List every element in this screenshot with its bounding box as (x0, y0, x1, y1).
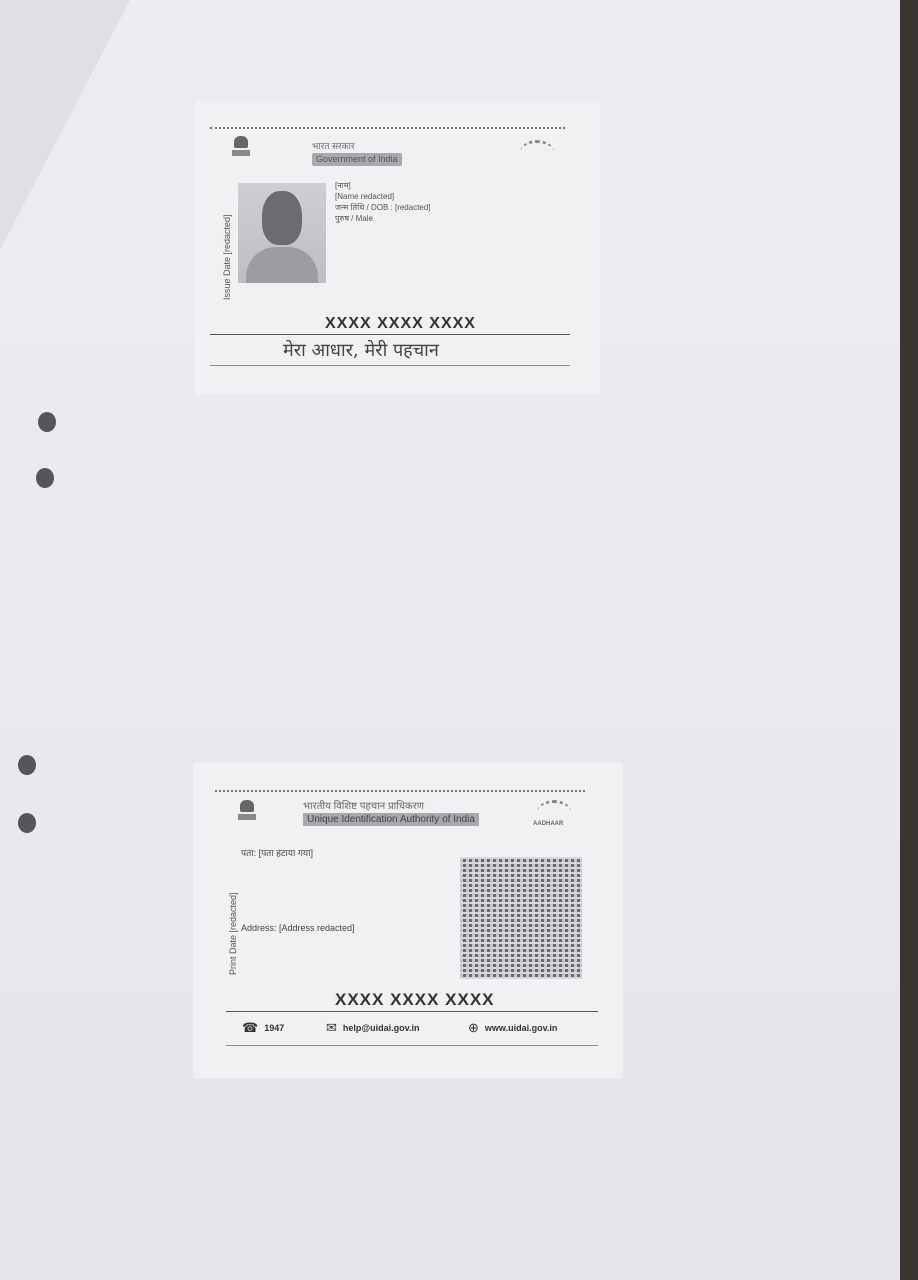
tagline: मेरा आधार, मेरी पहचान (283, 338, 439, 362)
issue-date-label: Issue Date [redacted] (222, 214, 232, 300)
national-emblem-icon (238, 800, 256, 826)
paper-sheet: भारत सरकार Government of India Issue Dat… (0, 0, 900, 1280)
divider (226, 1011, 598, 1012)
punch-hole (38, 412, 56, 432)
punch-hole (36, 468, 54, 488)
id-number-front: XXXX XXXX XXXX (325, 315, 476, 333)
id-number-back: XXXX XXXX XXXX (335, 990, 495, 1010)
front-header: भारत सरकार Government of India (312, 140, 402, 166)
folded-page-corner (0, 0, 130, 250)
aadhaar-logo-text: AADHAAR (533, 818, 563, 831)
footer-phone: ☎ 1947 (242, 1020, 284, 1036)
holder-photo-placeholder (238, 183, 326, 283)
back-header: भारतीय विशिष्ट पहचान प्राधिकरण Unique Id… (303, 800, 479, 826)
holder-details: [नाम] [Name redacted] जन्म तिथि / DOB : … (335, 180, 431, 224)
divider (226, 1045, 598, 1046)
divider (210, 365, 570, 366)
punch-hole (18, 813, 36, 833)
divider (210, 334, 570, 335)
footer-website: ⊕ www.uidai.gov.in (468, 1020, 557, 1036)
globe-icon: ⊕ (468, 1020, 479, 1036)
address-hindi: पता: [पता हटाया गया] (241, 847, 441, 860)
punch-hole (18, 755, 36, 775)
cut-line (215, 790, 585, 792)
print-date-label: Print Date [redacted] (228, 892, 238, 975)
mail-icon: ✉ (326, 1020, 337, 1036)
phone-icon: ☎ (242, 1020, 258, 1036)
cut-line (210, 127, 565, 129)
footer-email: ✉ help@uidai.gov.in (326, 1020, 420, 1036)
aadhaar-logo-icon (520, 140, 554, 165)
national-emblem-icon (232, 136, 250, 162)
address-english: Address: [Address redacted] (241, 922, 441, 935)
qr-code (460, 857, 582, 979)
